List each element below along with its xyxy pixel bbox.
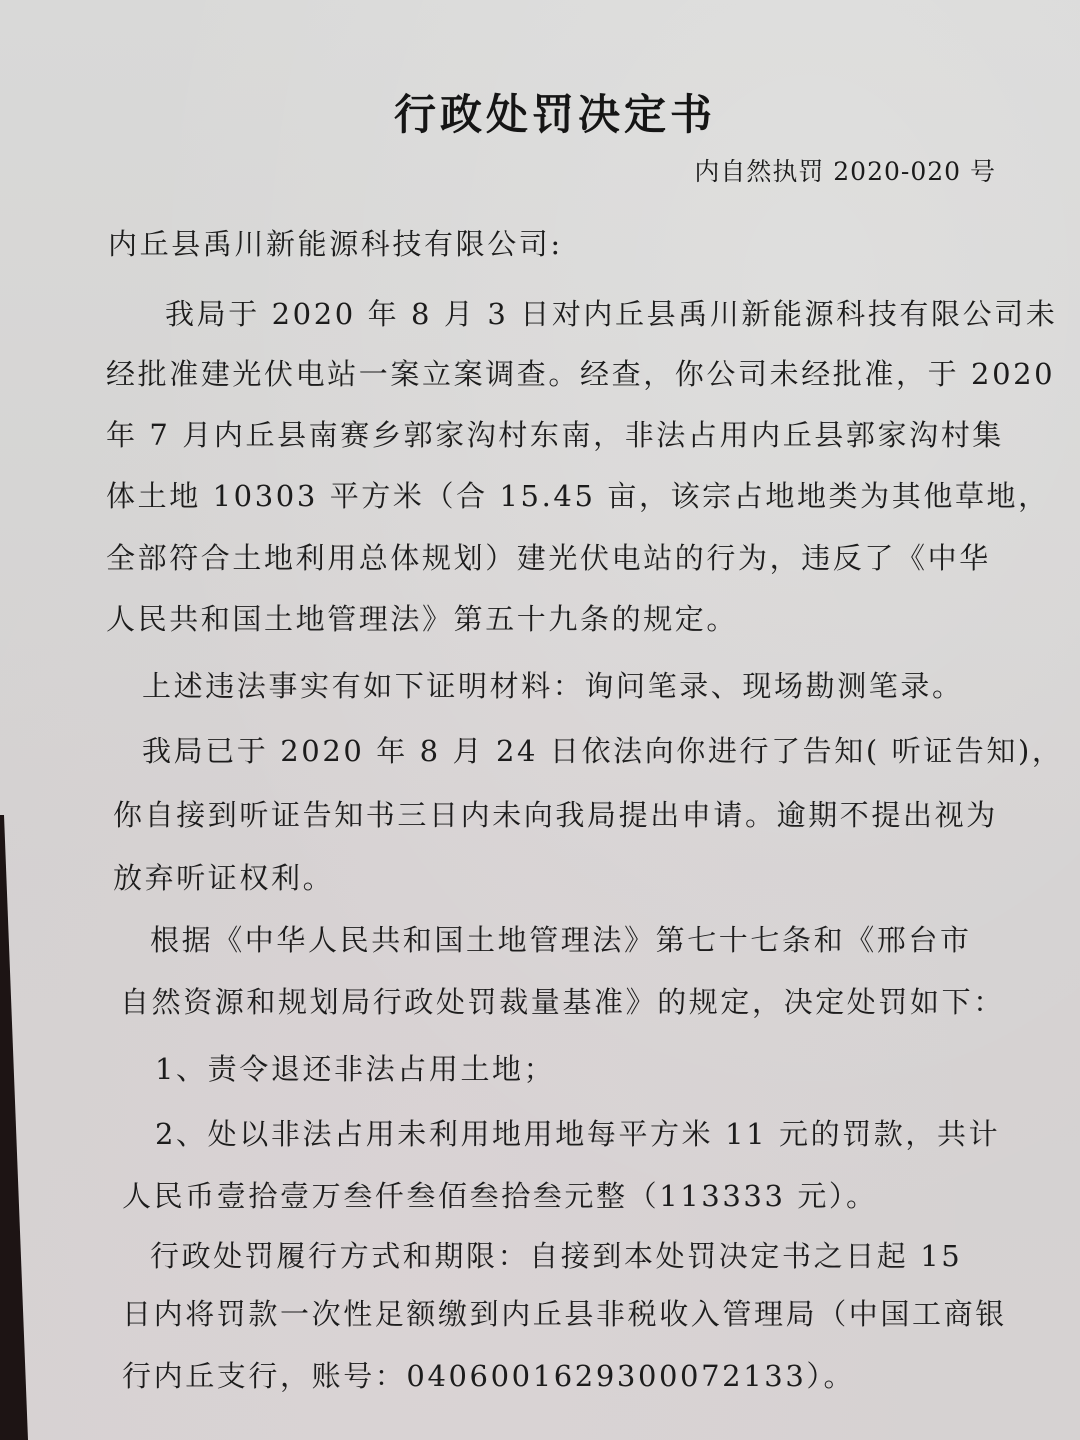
payment-terms-line-2: 日内将罚款一次性足额缴到内丘县非税收入管理局（中国工商银 <box>122 1292 1007 1333</box>
penalty-item-1-line: 1、责令退还非法占用土地； <box>155 1047 555 1088</box>
paper-lighting <box>0 0 1080 1440</box>
recipient-line: 内丘县禹川新能源科技有限公司: <box>108 222 563 263</box>
payment-terms-line-3: 行内丘支行，账号：04060016293000721​33）。 <box>122 1354 855 1395</box>
evidence-line-1: 上述违法事实有如下证明材料：询问笔录、现场勘测笔录。 <box>142 664 964 705</box>
document-number: 内自然执罚 2020-020 号 <box>694 152 996 188</box>
document-title: 行政处罚决定书 <box>0 82 1080 142</box>
case-facts-line-6: 人民共和国土地管理法》第五十九条的规定。 <box>106 597 738 638</box>
penalty-item-2-line-1: 2、处以非法占用未利用地用地每平方米 11 元的罚款，共计 <box>155 1112 1000 1153</box>
case-facts-line-3: 年 7 月内丘县南赛乡郭家沟村东南，非法占用内丘县郭家沟村集 <box>106 413 1004 454</box>
legal-basis-line-2: 自然资源和规划局行政处罚裁量基准》的规定，决定处罚如下： <box>120 980 1005 1021</box>
hearing-notice-line-1: 我局已于 2020 年 8 月 24 日依法向你进行了告知( 听证告知)， <box>142 729 1064 770</box>
payment-terms-line-1: 行政处罚履行方式和期限：自接到本处罚决定书之日起 15 <box>150 1234 962 1275</box>
case-facts-line-2: 经批准建光伏电站一案立案调查。经查，你公司未经批准，于 2020 <box>106 352 1055 393</box>
case-facts-line-1: 我局于 2020 年 8 月 3 日对内丘县禹川新能源科技有限公司未 <box>165 292 1057 333</box>
paper-edge-shadow <box>0 0 40 1440</box>
case-facts-line-4: 体土地 10303 平方米（合 15.45 亩，该宗占地地类为其他草地， <box>106 474 1050 515</box>
penalty-item-2-line-2: 人民币壹拾壹万叁仟叁佰叁拾叁元整（113333 元）。 <box>122 1174 878 1215</box>
hearing-notice-line-3: 放弃听证权利。 <box>113 856 334 897</box>
legal-basis-line-1: 根据《中华人民共和国土地管理法》第七十七条和《邢台市 <box>150 918 972 959</box>
hearing-notice-line-2: 你自接到听证告知书三日内未向我局提出申请。逾期不提出视为 <box>113 793 998 834</box>
case-facts-line-5: 全部符合土地利用总体规划）建光伏电站的行为，违反了《中华 <box>106 536 991 577</box>
